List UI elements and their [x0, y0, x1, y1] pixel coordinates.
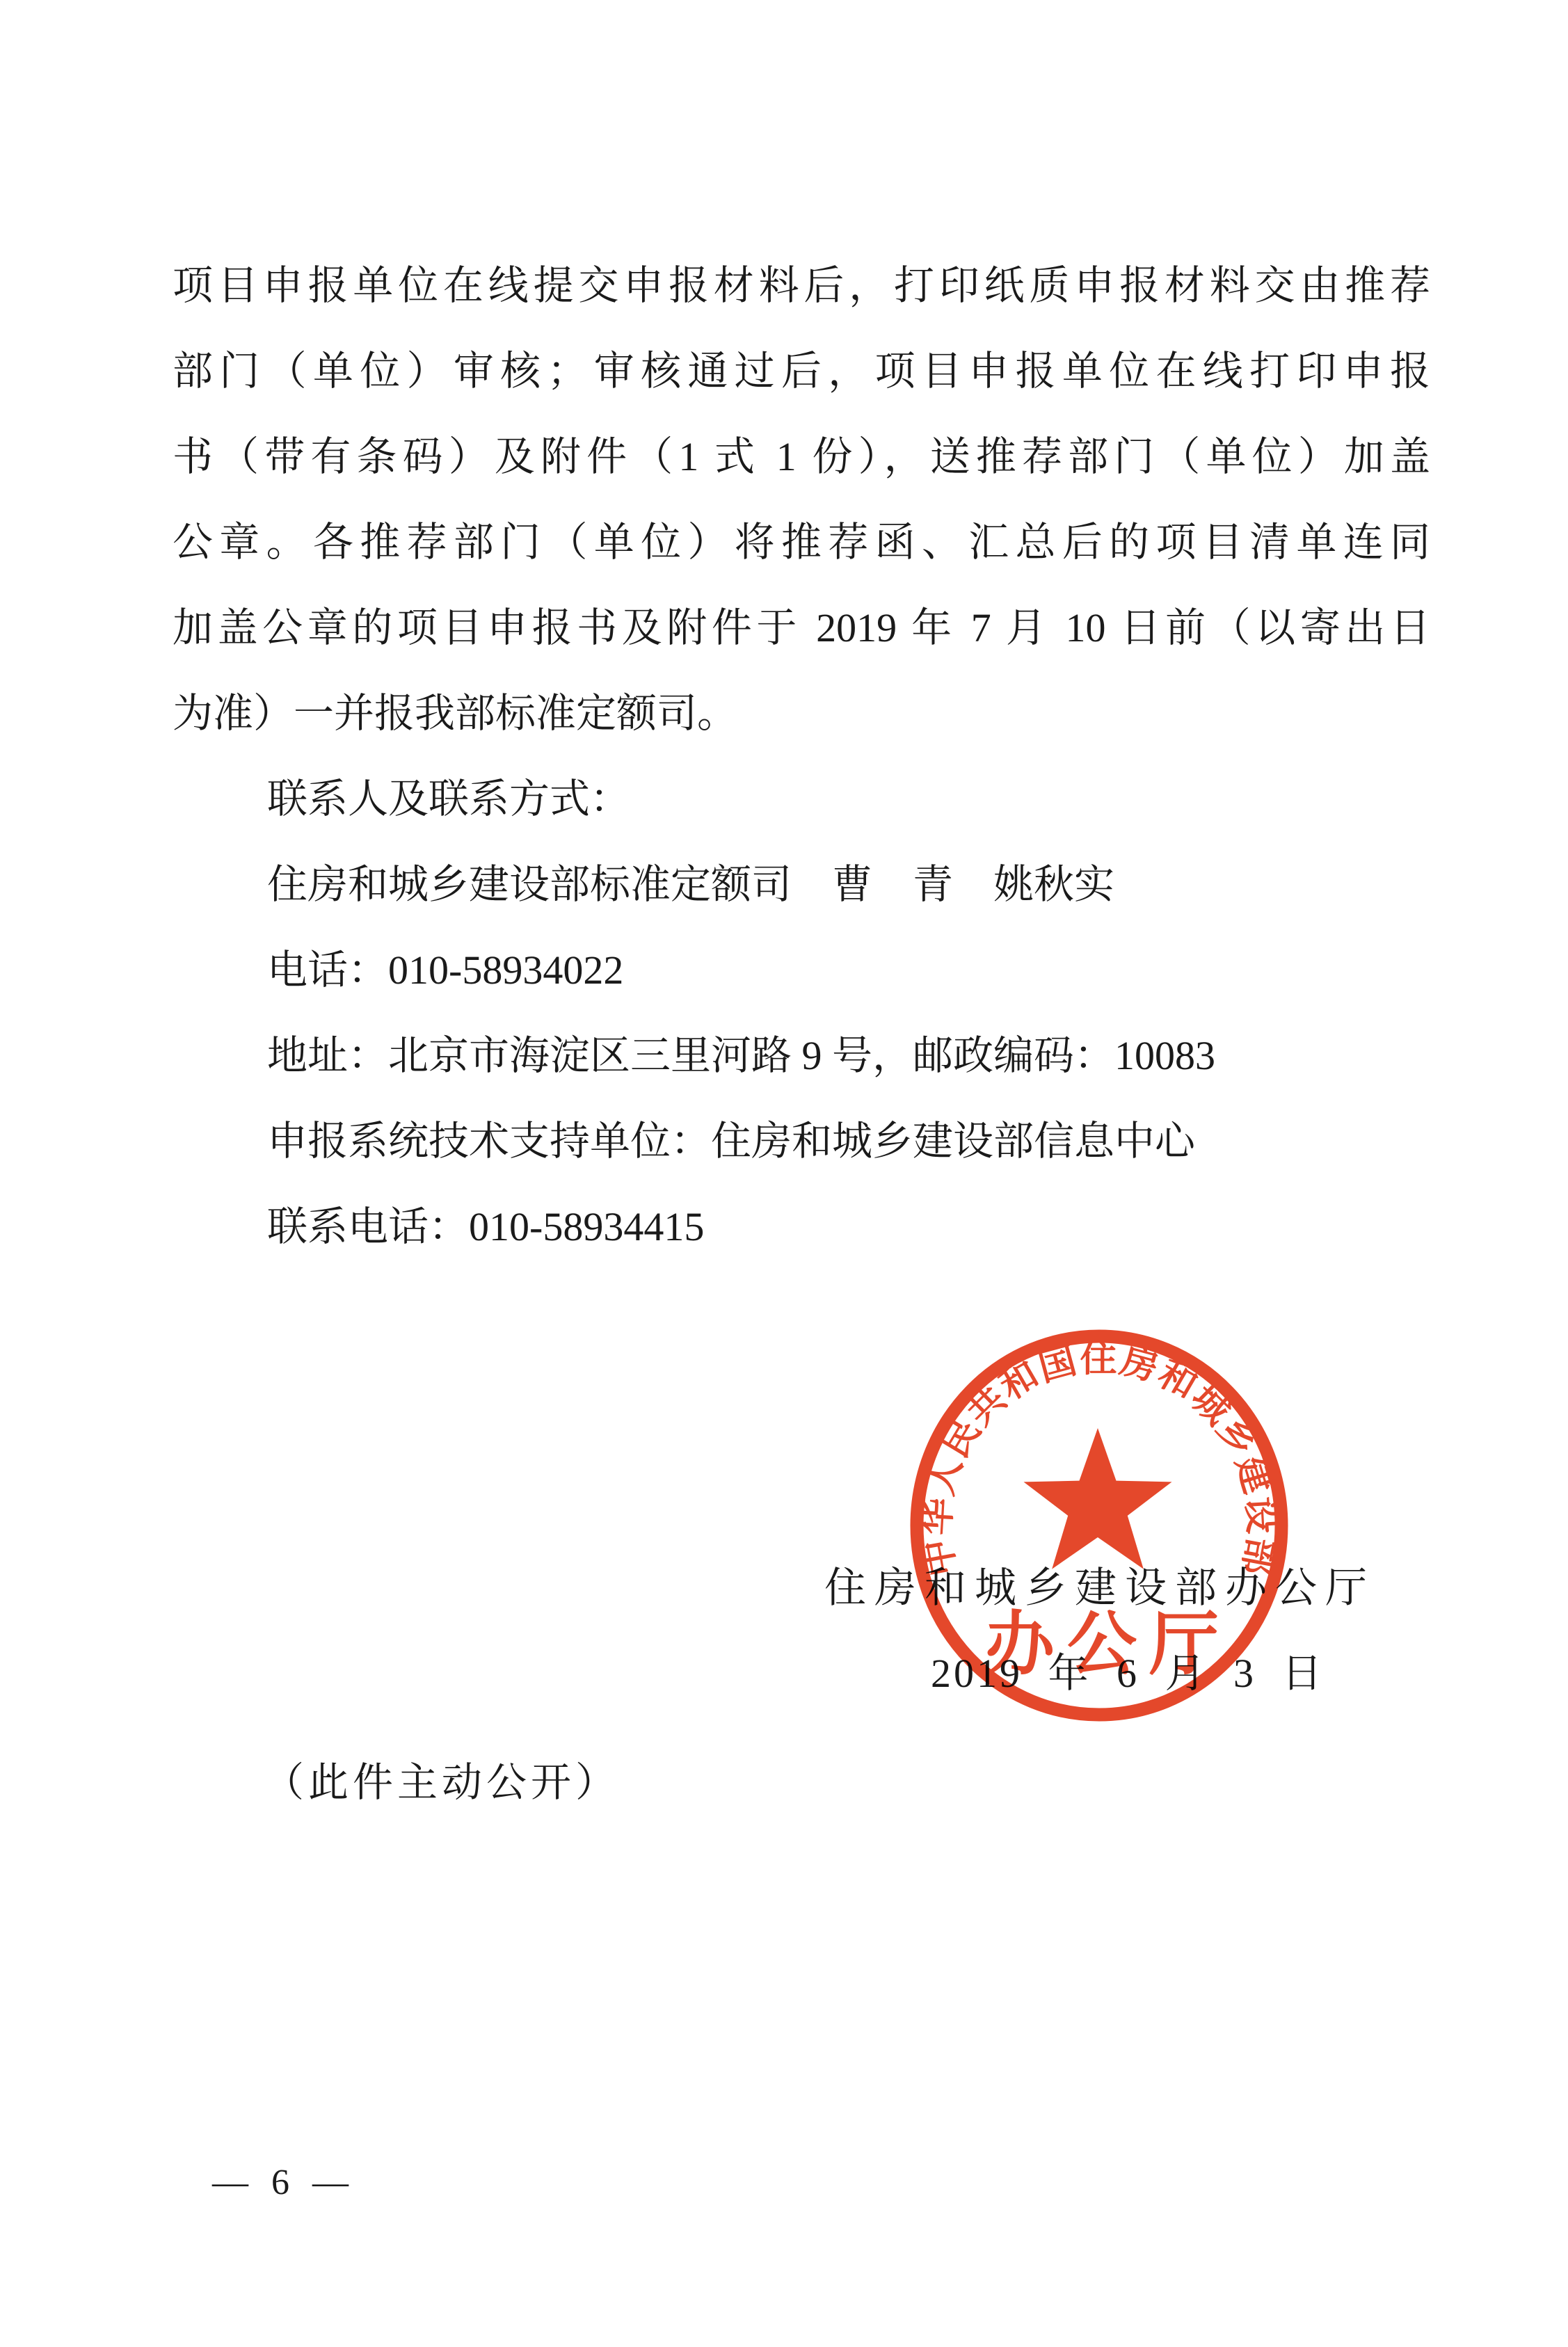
contact-support-unit: 申报系统技术支持单位：住房和城乡建设部信息中心	[173, 1098, 1430, 1184]
page-number: — 6 —	[212, 2162, 355, 2203]
paragraph-line: 公章。各推荐部门（单位）将推荐函、汇总后的项目清单连同	[173, 499, 1430, 585]
paragraph-line: 部门（单位）审核；审核通过后，项目申报单位在线打印申报	[173, 328, 1430, 414]
publicity-note: （此件主动公开）	[264, 1749, 620, 1808]
contact-phone: 电话：010-58934022	[173, 927, 1430, 1013]
contact-address: 地址：北京市海淀区三里河路 9 号，邮政编码：10083	[173, 1013, 1430, 1098]
body-text: 项目申报单位在线提交申报材料后，打印纸质申报材料交由推荐 部门（单位）审核；审核…	[173, 243, 1430, 1269]
contact-persons: 住房和城乡建设部标准定额司 曹 青 姚秋实	[173, 842, 1430, 927]
document-page: 项目申报单位在线提交申报材料后，打印纸质申报材料交由推荐 部门（单位）审核；审核…	[0, 0, 1568, 2347]
paragraph-line: 项目申报单位在线提交申报材料后，打印纸质申报材料交由推荐	[173, 243, 1430, 328]
star-icon	[1024, 1428, 1172, 1569]
paragraph-line: 书（带有条码）及附件（1 式 1 份），送推荐部门（单位）加盖	[173, 414, 1430, 499]
seal-office-text: 办公厅	[985, 1606, 1231, 1683]
official-seal: 中华人民共和国住房和城乡建设部 办公厅	[903, 1324, 1296, 1727]
paragraph-line: 加盖公章的项目申报书及附件于 2019 年 7 月 10 日前（以寄出日	[173, 585, 1430, 671]
contact-heading: 联系人及联系方式：	[173, 756, 1430, 842]
paragraph-line: 为准）一并报我部标准定额司。	[173, 671, 1430, 756]
contact-support-phone: 联系电话：010-58934415	[173, 1184, 1430, 1269]
